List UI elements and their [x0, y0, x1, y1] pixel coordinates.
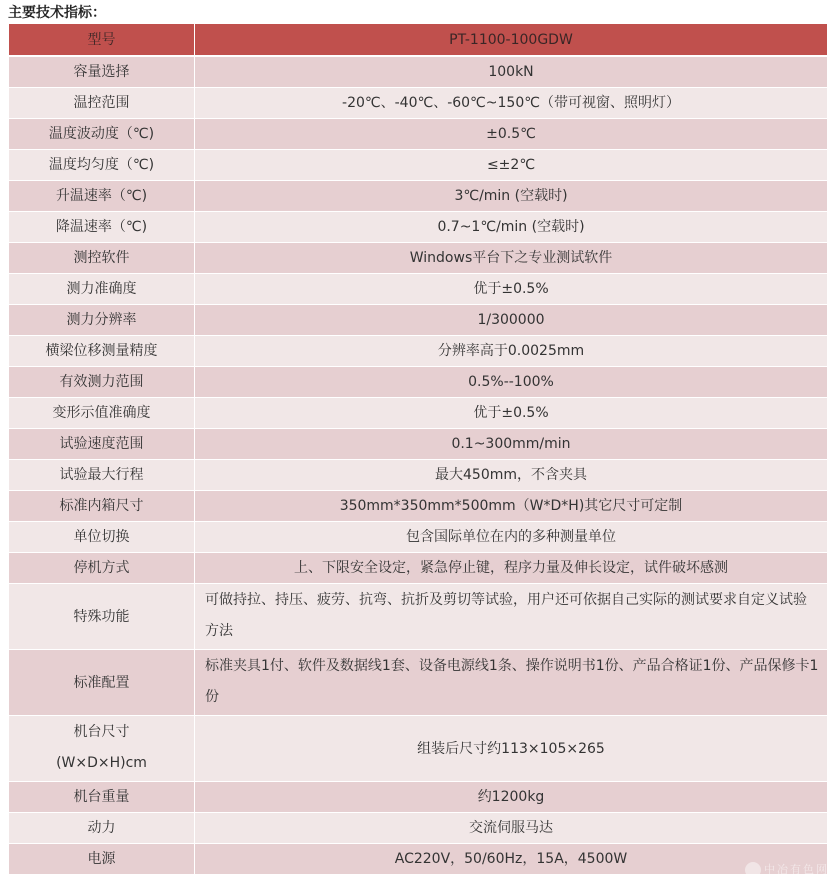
table-row: 容量选择100kN: [9, 56, 828, 88]
watermark-text: 中冶有色网: [764, 863, 829, 876]
row-label-line1: 机台尺寸: [9, 717, 194, 748]
row-value: 组装后尺寸约113×105×265: [195, 716, 828, 782]
row-label: 容量选择: [9, 56, 195, 88]
row-value: 1/300000: [195, 305, 828, 336]
row-label: 机台尺寸 (W×D×H)cm: [9, 716, 195, 782]
section-title: 主要技术指标：: [8, 2, 106, 22]
row-value: 优于±0.5%: [195, 274, 828, 305]
row-label: 测力准确度: [9, 274, 195, 305]
row-label: 测控软件: [9, 243, 195, 274]
table-row: 升温速率（℃)3℃/min (空载时): [9, 181, 828, 212]
row-label-line2: (W×D×H)cm: [9, 748, 194, 779]
header-value: PT-1100-100GDW: [195, 24, 828, 57]
table-row: 标准内箱尺寸350mm*350mm*500mm（W*D*H)其它尺寸可定制: [9, 491, 828, 522]
row-value: 100kN: [195, 56, 828, 88]
row-value: 分辨率高于0.0025mm: [195, 336, 828, 367]
table-row: 标准配置标准夹具1付、软件及数据线1套、设备电源线1条、操作说明书1份、产品合格…: [9, 650, 828, 716]
row-label: 试验最大行程: [9, 460, 195, 491]
table-row: 测控软件Windows平台下之专业测试软件: [9, 243, 828, 274]
row-label: 温度均匀度（℃): [9, 150, 195, 181]
table-row: 单位切换包含国际单位在内的多种测量单位: [9, 522, 828, 553]
row-label: 停机方式: [9, 553, 195, 584]
table-row: 机台重量约1200kg: [9, 782, 828, 813]
row-label: 标准配置: [9, 650, 195, 716]
table-row: 动力交流伺服马达: [9, 813, 828, 844]
row-value: 3℃/min (空载时): [195, 181, 828, 212]
header-label: 型号: [9, 24, 195, 57]
row-label: 电源: [9, 844, 195, 875]
row-label: 温度波动度（℃): [9, 119, 195, 150]
table-row: 温度波动度（℃)±0.5℃: [9, 119, 828, 150]
row-value: ±0.5℃: [195, 119, 828, 150]
row-label: 横梁位移测量精度: [9, 336, 195, 367]
row-value: -20℃、-40℃、-60℃~150℃（带可视窗、照明灯）: [195, 88, 828, 119]
row-label: 单位切换: [9, 522, 195, 553]
row-value: 约1200kg: [195, 782, 828, 813]
row-label: 动力: [9, 813, 195, 844]
row-value: 350mm*350mm*500mm（W*D*H)其它尺寸可定制: [195, 491, 828, 522]
table-header-row: 型号 PT-1100-100GDW: [9, 24, 828, 57]
row-value: 可做持拉、持压、疲劳、抗弯、抗折及剪切等试验，用户还可依据自己实际的测试要求自定…: [195, 584, 828, 650]
row-value: 优于±0.5%: [195, 398, 828, 429]
row-value: 最大450mm，不含夹具: [195, 460, 828, 491]
row-label: 标准内箱尺寸: [9, 491, 195, 522]
row-value: 0.5%--100%: [195, 367, 828, 398]
row-label: 有效测力范围: [9, 367, 195, 398]
row-label: 测力分辨率: [9, 305, 195, 336]
table-row: 温控范围-20℃、-40℃、-60℃~150℃（带可视窗、照明灯）: [9, 88, 828, 119]
table-row: 试验最大行程最大450mm，不含夹具: [9, 460, 828, 491]
row-label: 特殊功能: [9, 584, 195, 650]
table-row: 停机方式上、下限安全设定，紧急停止键，程序力量及伸长设定，试件破坏感测: [9, 553, 828, 584]
table-row: 降温速率（℃)0.7~1℃/min (空载时): [9, 212, 828, 243]
row-label: 温控范围: [9, 88, 195, 119]
row-label: 降温速率（℃): [9, 212, 195, 243]
row-value: 包含国际单位在内的多种测量单位: [195, 522, 828, 553]
watermark-logo-icon: [745, 862, 761, 878]
table-row: 横梁位移测量精度分辨率高于0.0025mm: [9, 336, 828, 367]
row-value: 上、下限安全设定，紧急停止键，程序力量及伸长设定，试件破坏感测: [195, 553, 828, 584]
table-row: 电源AC220V，50/60Hz，15A，4500W: [9, 844, 828, 875]
row-value: 0.7~1℃/min (空载时): [195, 212, 828, 243]
row-label: 机台重量: [9, 782, 195, 813]
table-row: 测力准确度优于±0.5%: [9, 274, 828, 305]
table-row: 温度均匀度（℃)≤±2℃: [9, 150, 828, 181]
spec-table: 型号 PT-1100-100GDW 容量选择100kN 温控范围-20℃、-40…: [8, 23, 828, 875]
watermark: 中冶有色网: [745, 861, 829, 878]
row-value: 0.1~300mm/min: [195, 429, 828, 460]
row-value: Windows平台下之专业测试软件: [195, 243, 828, 274]
row-label: 试验速度范围: [9, 429, 195, 460]
row-value: 交流伺服马达: [195, 813, 828, 844]
row-value: AC220V，50/60Hz，15A，4500W: [195, 844, 828, 875]
table-row: 变形示值准确度优于±0.5%: [9, 398, 828, 429]
table-row: 特殊功能可做持拉、持压、疲劳、抗弯、抗折及剪切等试验，用户还可依据自己实际的测试…: [9, 584, 828, 650]
table-row: 有效测力范围0.5%--100%: [9, 367, 828, 398]
row-value: ≤±2℃: [195, 150, 828, 181]
row-value: 标准夹具1付、软件及数据线1套、设备电源线1条、操作说明书1份、产品合格证1份、…: [195, 650, 828, 716]
table-row: 测力分辨率1/300000: [9, 305, 828, 336]
row-label: 变形示值准确度: [9, 398, 195, 429]
table-row: 试验速度范围0.1~300mm/min: [9, 429, 828, 460]
row-label: 升温速率（℃): [9, 181, 195, 212]
table-row: 机台尺寸 (W×D×H)cm 组装后尺寸约113×105×265: [9, 716, 828, 782]
